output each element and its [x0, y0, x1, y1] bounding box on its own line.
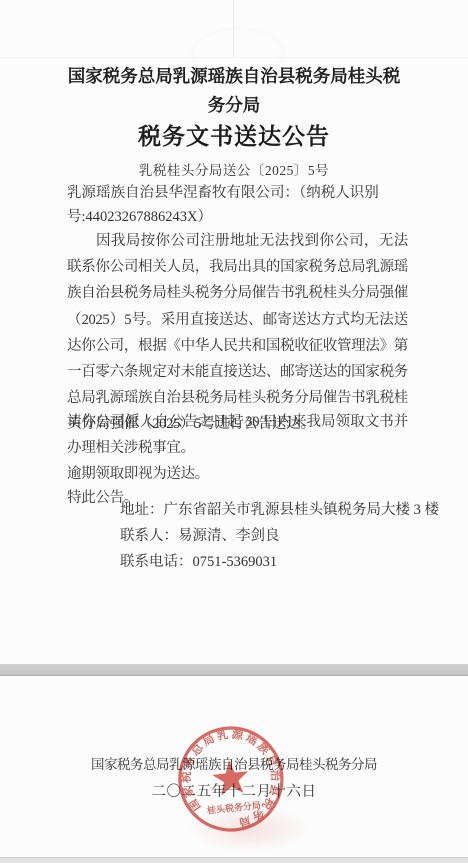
- seal-star-icon: [211, 758, 251, 796]
- recipient-block: 乳源瑶族自治县华涅畜牧有限公司：（纳税人识别 号:44023267886243X…: [67, 181, 427, 229]
- issuer-title: 国家税务总局乳源瑶族自治县税务局桂头税务分局: [61, 62, 407, 120]
- contact-persons: 联系人：易源清、李剑良: [120, 523, 440, 549]
- document-number: 乳税桂头分局送公〔2025〕5号: [0, 159, 468, 179]
- body-paragraph-1: 因我局按你公司注册地址无法找到你公司，无法联系你公司相关人员，我局出具的国家税务…: [67, 228, 408, 438]
- paragraph-text: 因我局按你公司注册地址无法找到你公司，无法联系你公司相关人员，我局出具的国家税务…: [67, 228, 408, 438]
- contact-block: 地址：广东省韶关市乳源县桂头镇税务局大楼 3 楼 联系人：易源清、李剑良 联系电…: [120, 497, 440, 575]
- scan-artifact-line: [0, 57, 468, 58]
- official-red-seal: 国家税务总局乳源瑶族自治县税务局 桂头税务分局: [170, 716, 292, 845]
- notice-page-1: 国家税务总局乳源瑶族自治县税务局桂头税务分局 税务文书送达公告 乳税桂头分局送公…: [0, 0, 468, 664]
- notice-title: 税务文书送达公告: [0, 118, 468, 151]
- contact-address: 地址：广东省韶关市乳源县桂头镇税务局大楼 3 楼: [120, 497, 440, 523]
- paragraph-text: 逾期领取即视为送达。: [67, 461, 408, 487]
- scanned-tax-notice: 国家税务总局乳源瑶族自治县税务局桂头税务分局 税务文书送达公告 乳税桂头分局送公…: [0, 0, 468, 863]
- taxpayer-id-line: 号:44023267886243X）: [67, 205, 427, 229]
- body-paragraph-2: 请你公司派人自公告之日起 30 日内来我局领取文书并办理相关涉税事宜。: [67, 409, 408, 461]
- body-paragraph-3: 逾期领取即视为送达。: [67, 461, 408, 487]
- recipient-name-line: 乳源瑶族自治县华涅畜牧有限公司：（纳税人识别: [67, 181, 427, 205]
- paragraph-text: 请你公司派人自公告之日起 30 日内来我局领取文书并办理相关涉税事宜。: [67, 409, 408, 461]
- scan-bottom-edge: [0, 857, 468, 863]
- contact-phone: 联系电话：0751-5369031: [120, 549, 440, 575]
- page-divider: [0, 664, 468, 676]
